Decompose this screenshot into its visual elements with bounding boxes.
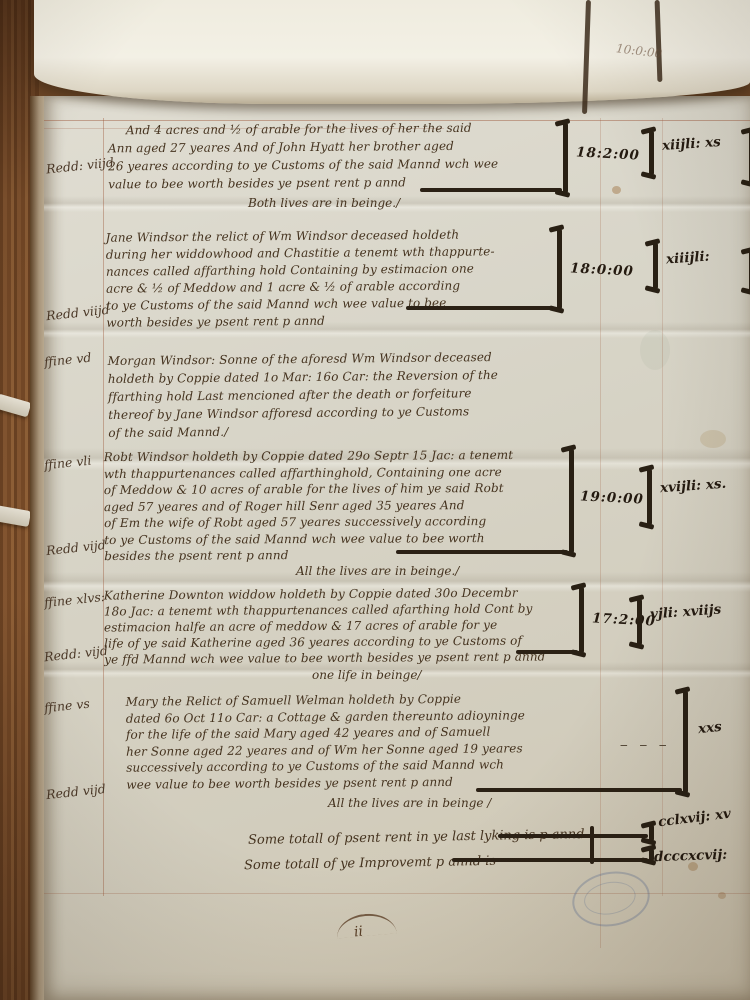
entry-jane-windsor: Jane Windsor the relict of Wm Windsor de… [106, 226, 496, 331]
rent-amount: 17:2:00 [592, 610, 657, 629]
leader-line [396, 550, 568, 554]
total-connector [590, 826, 594, 864]
ink-bracket [644, 822, 658, 844]
bracket-stem [653, 243, 658, 289]
ink-bracket [648, 240, 662, 292]
entry-robt-windsor: Robt Windsor holdeth by Coppie dated 29o… [104, 447, 514, 565]
total-improvement-value: dcccxcvij: [654, 847, 728, 866]
foxing-spot [700, 430, 726, 448]
ink-bracket [558, 120, 572, 196]
valuation: xiiijli: [665, 249, 710, 268]
ink-bracket [574, 584, 588, 656]
rent-amount: 19:0:00 [580, 488, 645, 507]
ink-bracket [564, 446, 578, 556]
ink-bracket [642, 466, 656, 528]
leader-line [406, 306, 554, 310]
lives-note: one life in beinge/ [312, 668, 421, 682]
manuscript-line: Robt Windsor holdeth by Coppie dated 29o… [104, 447, 514, 466]
ink-bracket [678, 688, 692, 796]
leader-line [476, 788, 682, 792]
bracket-stem [569, 449, 574, 553]
total-rule [452, 858, 648, 862]
manuscript-line: to ye Customs of the said Mannd wch wee … [106, 294, 495, 314]
bleedthrough-smudge [640, 330, 670, 370]
manuscript-line: of Meddow & 10 acres of arable for the l… [104, 480, 514, 499]
manuscript-line: besides the psent rent p annd [104, 546, 514, 565]
ink-bracket [552, 226, 566, 312]
right-column-rule [662, 118, 663, 896]
manuscript-line: ye ffd Mannd wch wee value to bee worth … [104, 648, 545, 667]
bracket-stem [647, 469, 652, 525]
total-rule [498, 834, 648, 838]
leader-line [516, 650, 578, 654]
manuscript-line: 26 yeares according to ye Customs of the… [108, 155, 498, 176]
bracket-stem [649, 825, 654, 841]
lives-note: All the lives are in beinge / [328, 796, 491, 810]
entry-continuation: And 4 acres and ½ of arable for the live… [108, 119, 499, 194]
rent-amount: 18:2:00 [576, 144, 641, 163]
manuscript-line: successively according to ye Customs of … [126, 756, 525, 776]
entry-morgan-windsor: Morgan Windsor: Sonne of the aforesd Wm … [108, 348, 499, 442]
foxing-spot [612, 186, 621, 194]
bracket-stem [683, 691, 688, 793]
bracket-stem [557, 229, 562, 309]
ink-bracket [632, 596, 646, 648]
folio-number: ii [353, 924, 364, 941]
manuscript-line: of Em the wife of Robt aged 57 yeares su… [104, 513, 514, 532]
edge-cut-bracket [744, 248, 750, 294]
edge-cut-bracket [744, 128, 750, 186]
manuscript-line: wee value to bee worth besides ye psent … [126, 773, 525, 793]
lives-note: All the lives are in beinge./ [296, 564, 459, 578]
rent-amount: 18:0:00 [570, 260, 635, 279]
leader-line [420, 188, 562, 192]
value-column-rule [600, 118, 601, 948]
ditto-dashes: ‒ ‒ ‒ [620, 738, 671, 752]
ink-bracket [644, 128, 658, 178]
entry-katherine-downton: Katherine Downton widdow holdeth by Copp… [104, 584, 546, 667]
entry-mary-welman: Mary the Relict of Samuell Welman holdet… [126, 690, 526, 792]
manuscript-line: worth besides ye psent rent p annd [106, 311, 495, 331]
lives-note: Both lives are in beinge./ [248, 196, 400, 210]
library-stamp-inner [581, 878, 638, 919]
manuscript-line: to ye Customs of the said Mannd wch wee … [104, 529, 514, 548]
bracket-stem [579, 587, 584, 653]
bracket-stem [637, 599, 642, 645]
manuscript-photo: 10:0:00 Redd: viijd Redd viijd ffine vd … [0, 0, 750, 1000]
bracket-stem [563, 123, 568, 193]
bracket-stem [649, 131, 654, 175]
valuation: xxs [697, 719, 722, 737]
